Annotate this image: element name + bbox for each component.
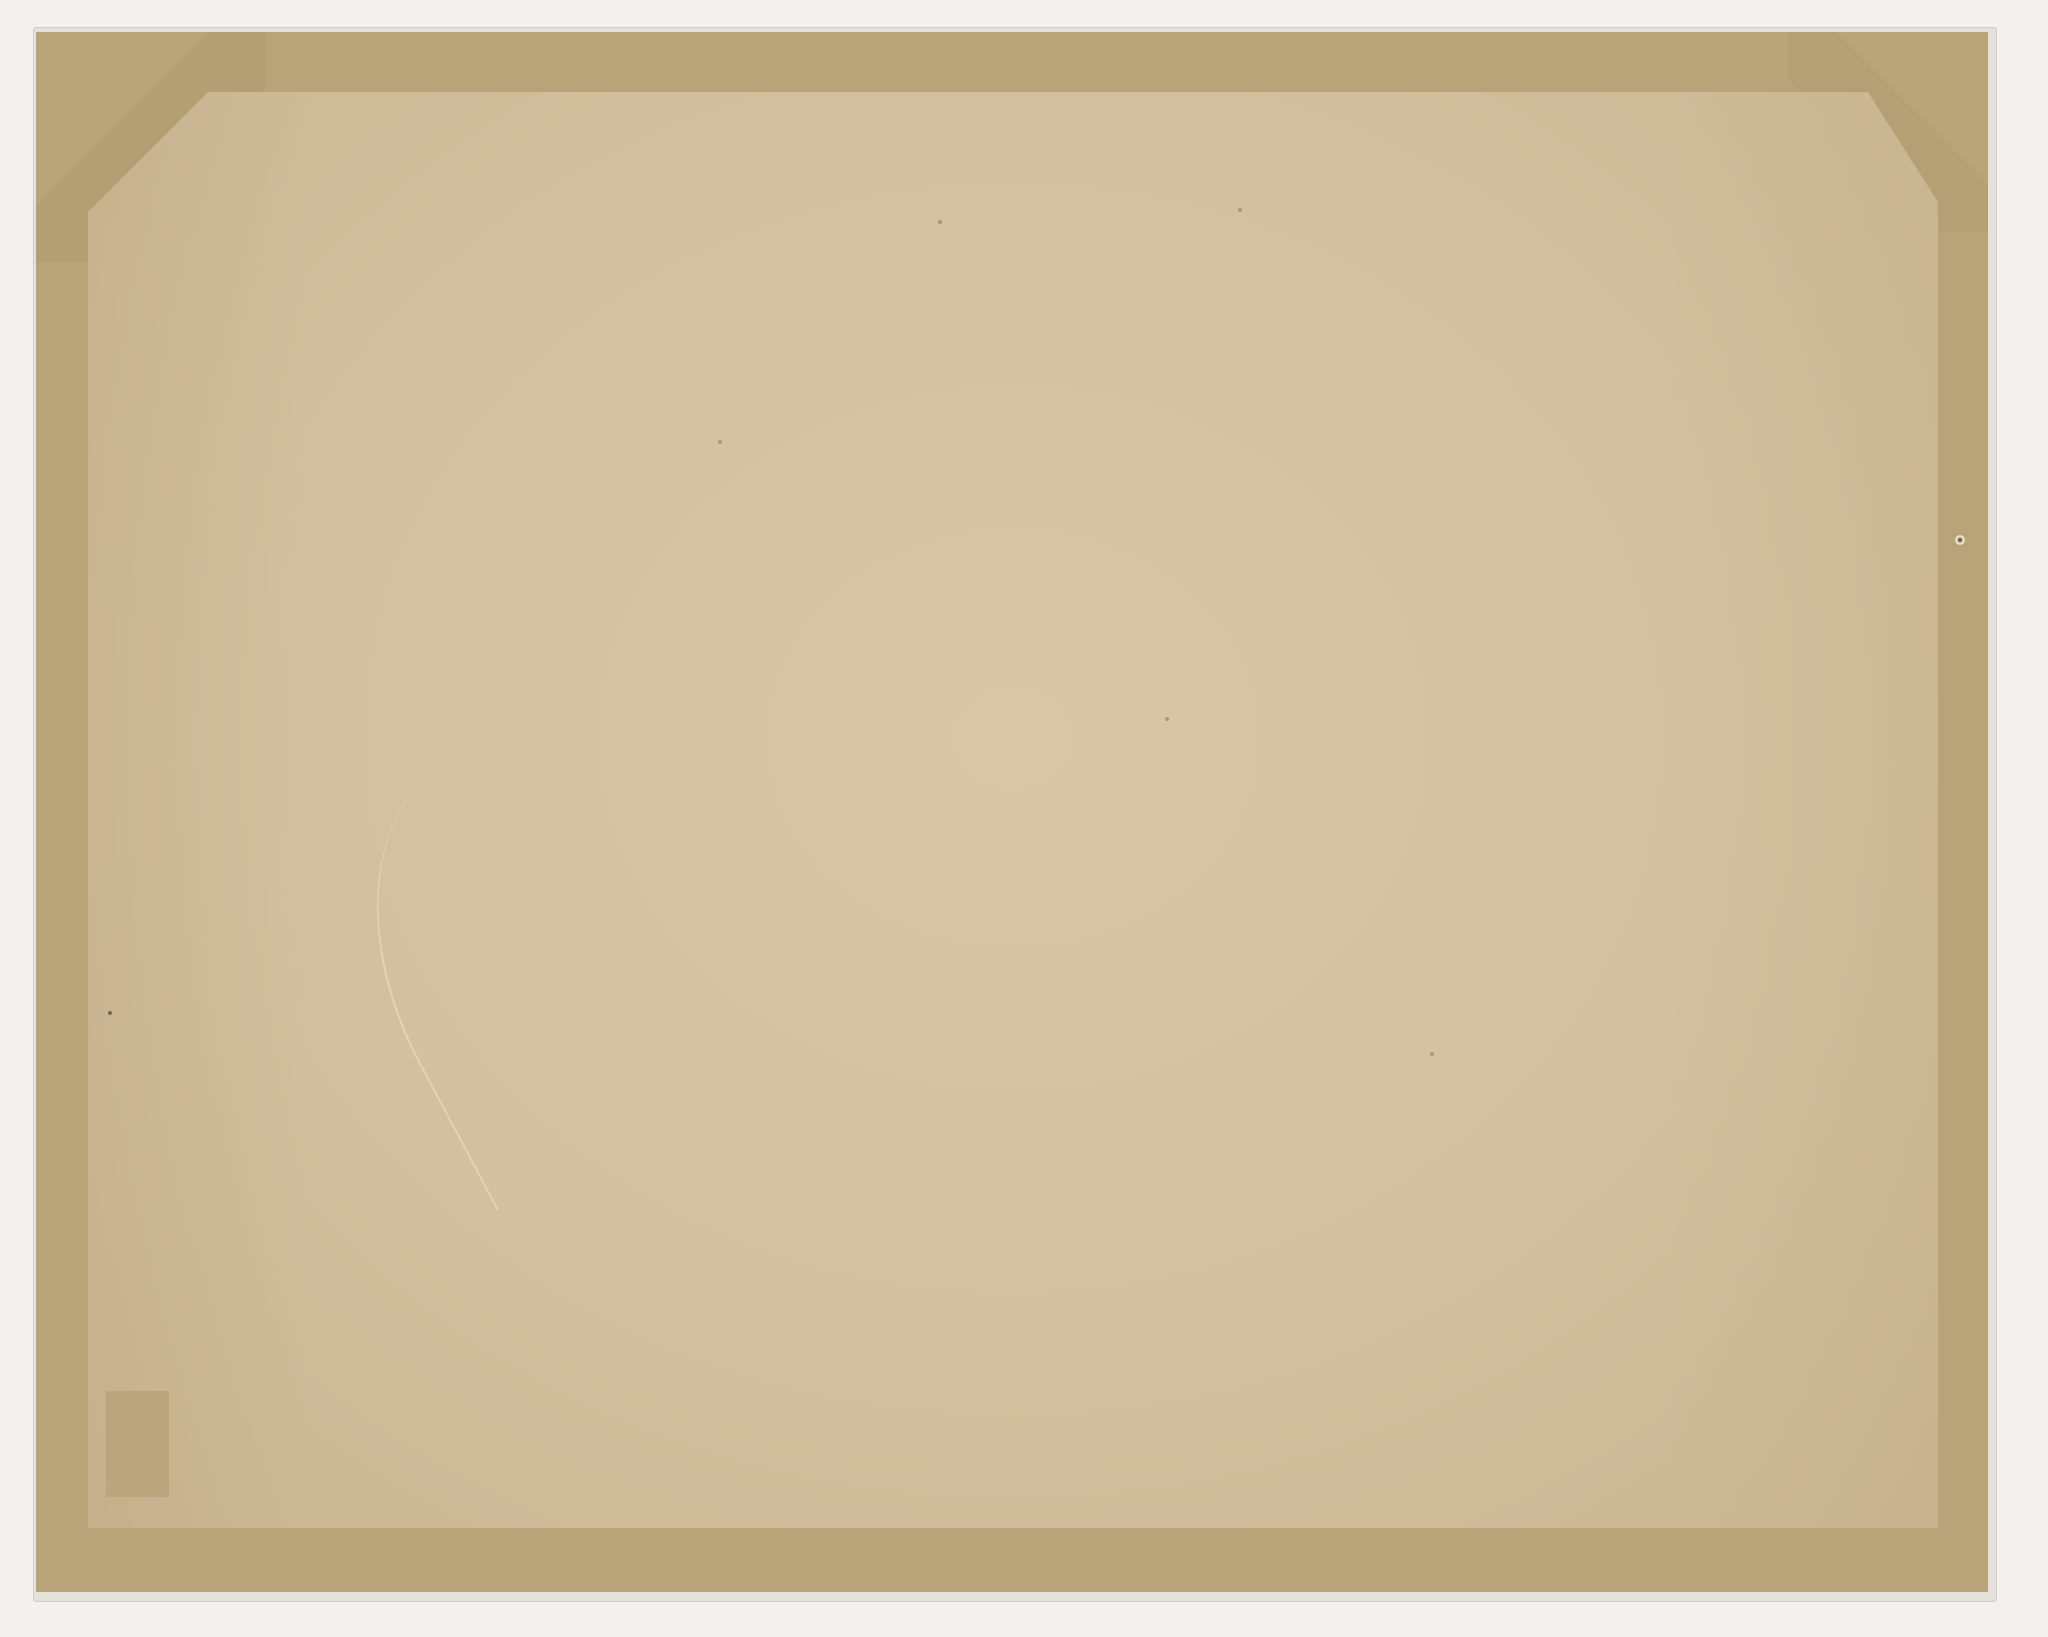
paper-discoloration bbox=[88, 92, 1938, 1528]
foxing-spot bbox=[938, 220, 942, 224]
tape-patch-bottom-left bbox=[106, 1391, 169, 1497]
foxing-spot bbox=[1165, 717, 1169, 721]
paper-sheet bbox=[88, 92, 1938, 1528]
foxing-spot bbox=[1430, 1052, 1434, 1056]
pin-hole-right-edge bbox=[1955, 535, 1965, 545]
foxing-spot bbox=[718, 440, 722, 444]
foxing-spot bbox=[1238, 208, 1242, 212]
foxing-spot bbox=[108, 1011, 112, 1015]
